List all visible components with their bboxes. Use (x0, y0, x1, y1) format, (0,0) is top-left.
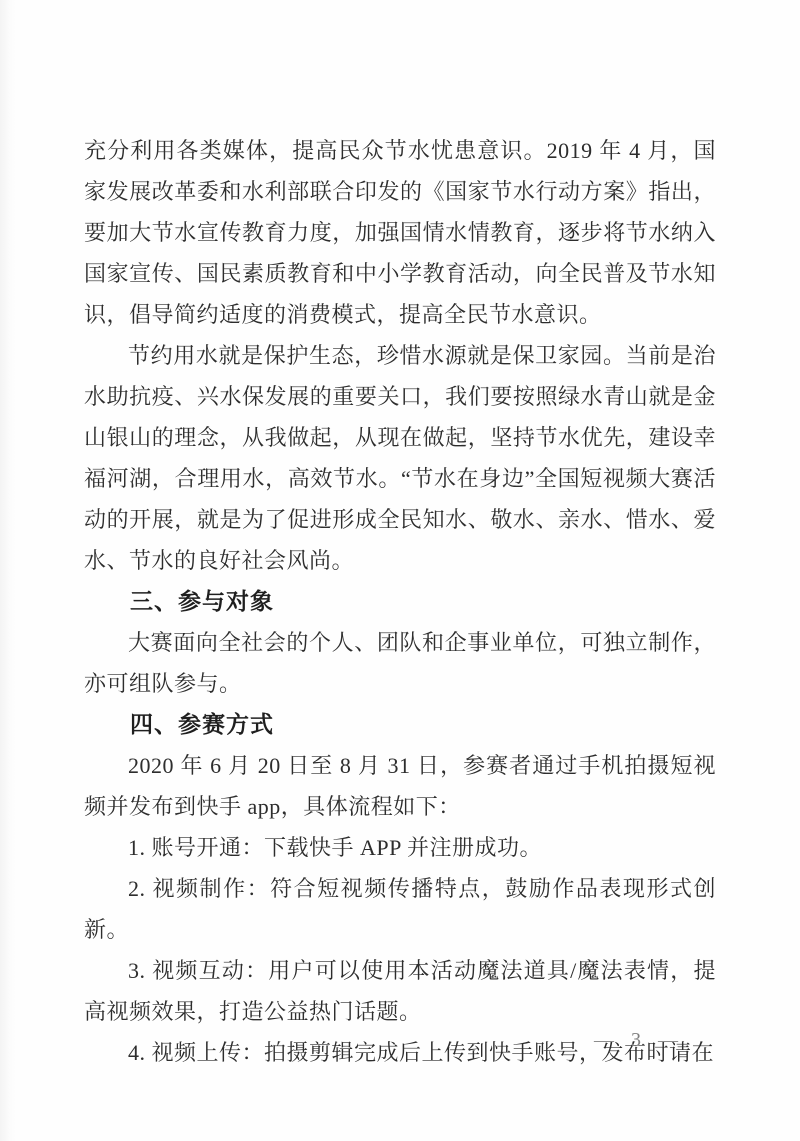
document-page: 充分利用各类媒体，提高民众节水忧患意识。2019 年 4 月，国家发展改革委和水… (0, 0, 800, 1141)
section-heading-entry-method: 四、参赛方式 (84, 704, 716, 745)
page-number-value: 3 (631, 1029, 641, 1052)
numbered-item-2: 2. 视频制作：符合短视频传播特点，鼓励作品表现形式创新。 (84, 868, 716, 950)
body-paragraph: 2020 年 6 月 20 日至 8 月 31 日，参赛者通过手机拍摄短视频并发… (84, 745, 716, 827)
page-number-dash-left: — (594, 1029, 614, 1052)
body-paragraph-continuation: 充分利用各类媒体，提高民众节水忧患意识。2019 年 4 月，国家发展改革委和水… (84, 130, 716, 335)
body-paragraph: 节约用水就是保护生态，珍惜水源就是保卫家园。当前是治水助抗疫、兴水保发展的重要关… (84, 335, 716, 581)
numbered-item-1: 1. 账号开通：下载快手 APP 并注册成功。 (84, 827, 716, 868)
numbered-item-3: 3. 视频互动：用户可以使用本活动魔法道具/魔法表情，提高视频效果，打造公益热门… (84, 950, 716, 1032)
document-body: 充分利用各类媒体，提高民众节水忧患意识。2019 年 4 月，国家发展改革委和水… (84, 130, 716, 1073)
scan-edge-shadow (0, 0, 16, 1141)
page-number: — 3 — (594, 1028, 678, 1052)
page-number-dash-right: — (658, 1029, 678, 1052)
body-paragraph: 大赛面向全社会的个人、团队和企事业单位，可独立制作，亦可组队参与。 (84, 622, 716, 704)
section-heading-participants: 三、参与对象 (84, 581, 716, 622)
